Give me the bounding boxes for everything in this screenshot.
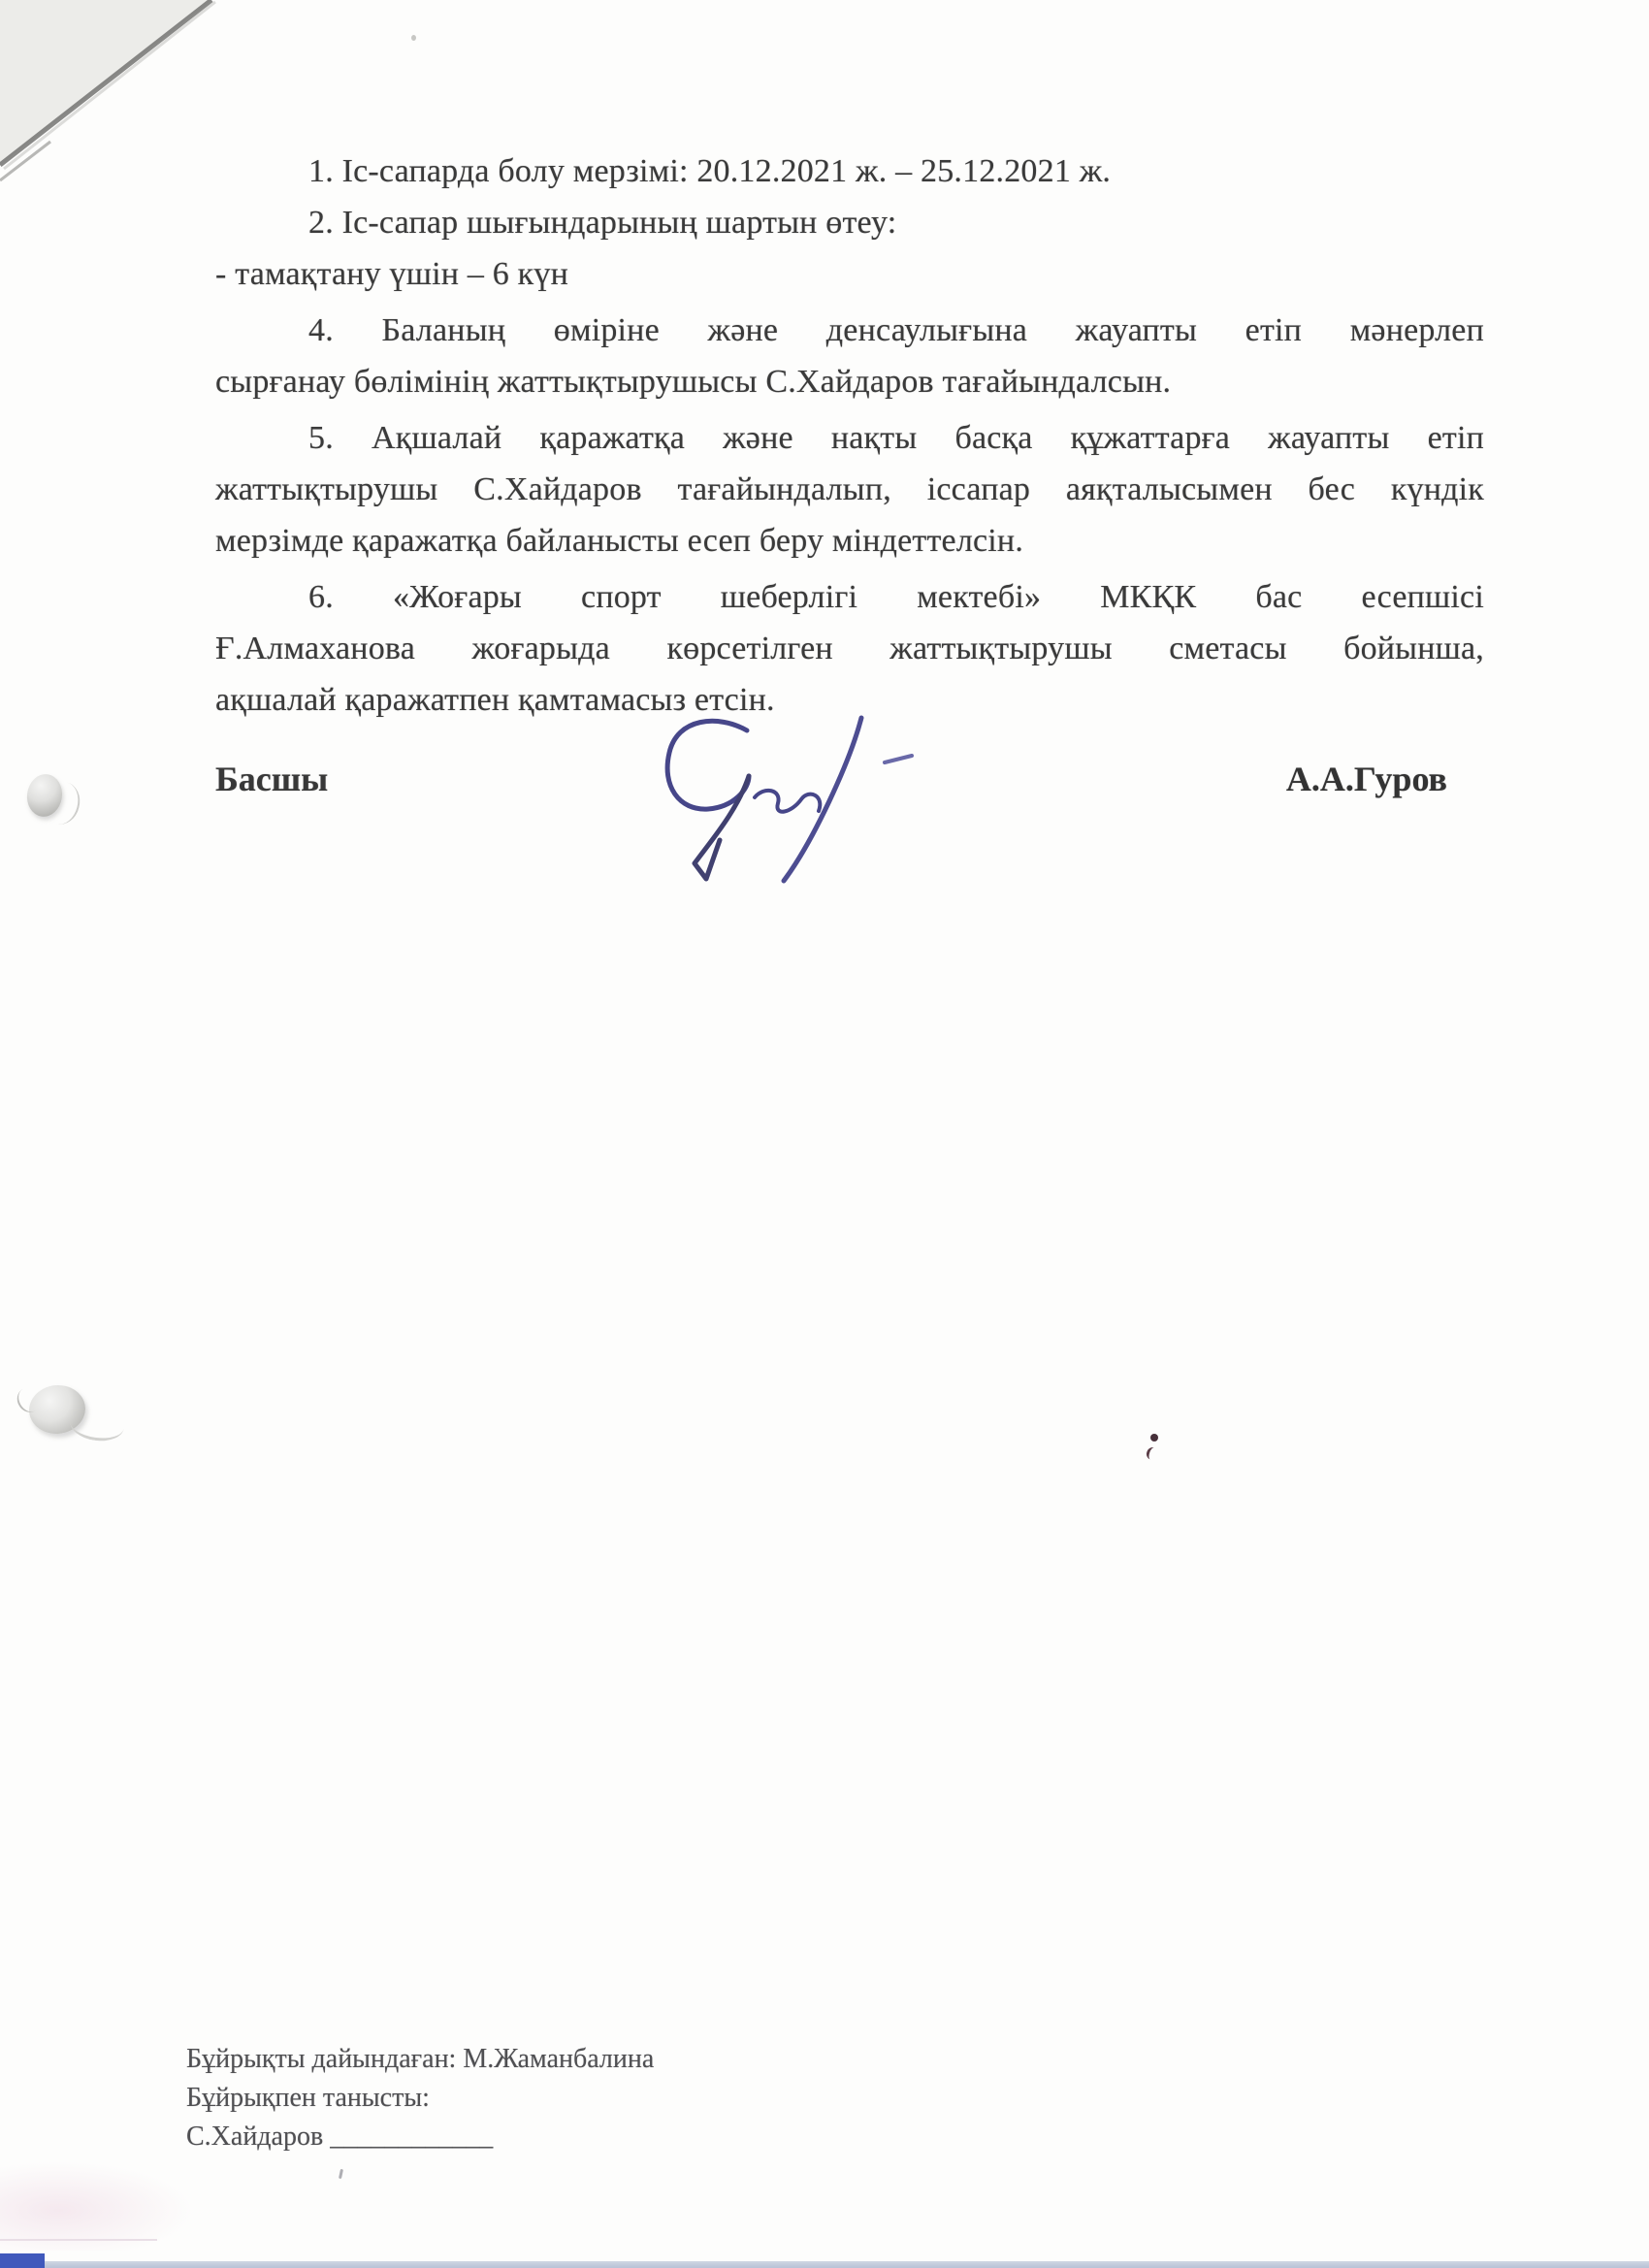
paragraph: 4. Баланың өміріне және денсаулығына жау…: [215, 305, 1484, 407]
document-body-text: 1. Іс-сапарда болу мерзімі: 20.12.2021 ж…: [215, 146, 1484, 730]
page-fold-corner: [0, 0, 233, 194]
scanner-edge-block: [0, 2253, 45, 2268]
document-line: 6. «Жоғары спорт шеберлігі мектебі» МКҚК…: [215, 571, 1484, 623]
scan-speck: [411, 35, 416, 41]
scan-tint-artifact: [0, 2161, 194, 2251]
role-label: Басшы: [215, 759, 328, 799]
document-line: жаттықтырушы С.Хайдаров тағайындалып, іс…: [215, 464, 1484, 515]
ink-mark-comma: [1145, 1445, 1159, 1461]
document-line: Ғ.Алмаханова жоғарыда көрсетілген жаттық…: [215, 623, 1484, 674]
document-line: 1. Іс-сапарда болу мерзімі: 20.12.2021 ж…: [215, 146, 1484, 197]
scan-blob-tail: [68, 1405, 126, 1443]
footer-line: Бұйрықты дайындаған: М.Жаманбалина: [186, 2040, 1059, 2079]
document-line: 5. Ақшалай қаражатқа және нақты басқа құ…: [215, 412, 1484, 464]
document-line: 4. Баланың өміріне және денсаулығына жау…: [215, 305, 1484, 356]
ink-mark-dot: [1150, 1434, 1158, 1442]
document-line: 2. Іс-сапар шығындарының шартын өтеу:: [215, 197, 1484, 248]
scan-faint-line: [0, 2239, 157, 2241]
footer-block: Бұйрықты дайындаған: М.ЖаманбалинаБұйрық…: [186, 2040, 1059, 2156]
footer-line: С.Хайдаров ____________: [186, 2118, 1059, 2156]
document-line: - тамақтану үшін – 6 күн: [215, 248, 1484, 300]
scanner-edge-strip: [0, 2261, 1649, 2268]
handwritten-signature: [601, 697, 931, 895]
paragraph: 5. Ақшалай қаражатқа және нақты басқа құ…: [215, 412, 1484, 567]
scan-speck: [339, 2169, 343, 2179]
document-line: мерзімде қаражатқа байланысты есеп беру …: [215, 515, 1484, 567]
footer-line: Бұйрықпен танысты:: [186, 2079, 1059, 2118]
signer-name: А.А.Гуров: [1286, 759, 1447, 799]
document-line: сырғанау бөлімінің жаттықтырушысы С.Хайд…: [215, 356, 1484, 407]
scanned-document-page: 1. Іс-сапарда болу мерзімі: 20.12.2021 ж…: [0, 0, 1649, 2268]
paragraph: 1. Іс-сапарда болу мерзімі: 20.12.2021 ж…: [215, 146, 1484, 300]
